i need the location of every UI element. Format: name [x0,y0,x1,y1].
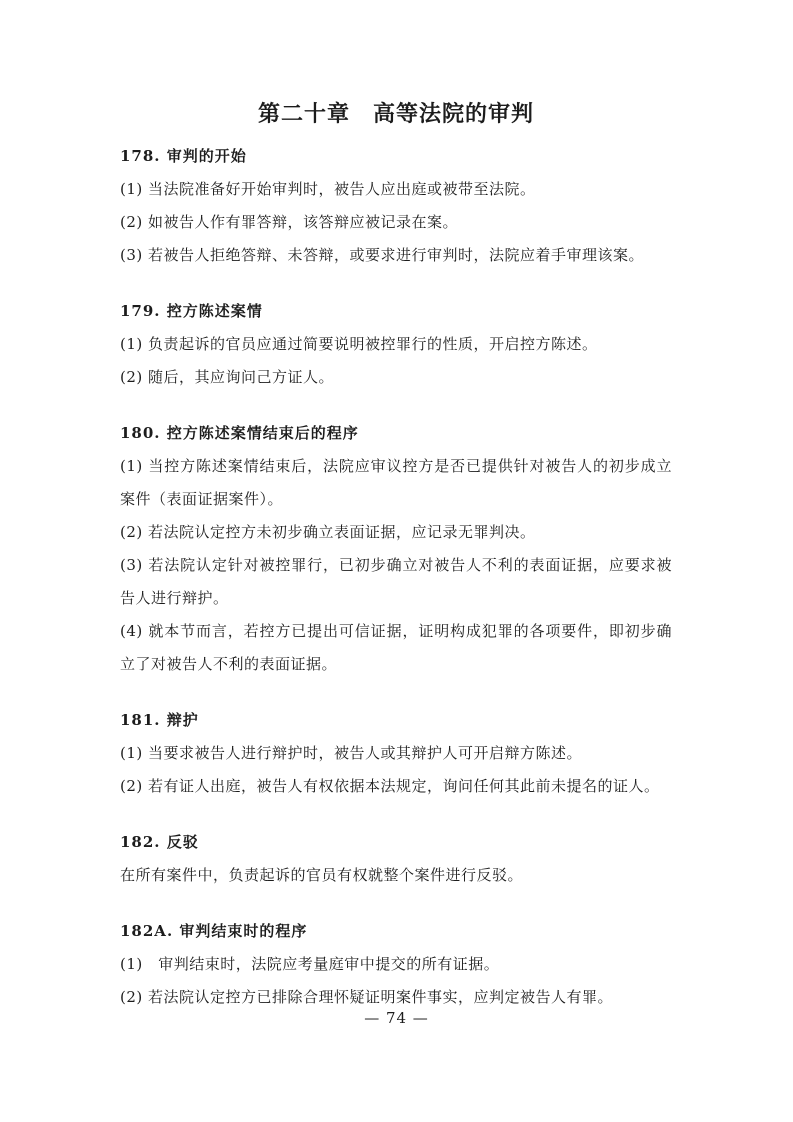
clause-paragraph: (1) 当法院准备好开始审判时，被告人应出庭或被带至法院。 [120,173,672,206]
clause-paragraph: (2) 如被告人作有罪答辩，该答辩应被记录在案。 [120,206,672,239]
clause-paragraph: (1) 当要求被告人进行辩护时，被告人或其辩护人可开启辩方陈述。 [120,737,672,770]
section-178: 178. 审判的开始 (1) 当法院准备好开始审判时，被告人应出庭或被带至法院。… [120,140,672,272]
clause-paragraph: 在所有案件中，负责起诉的官员有权就整个案件进行反驳。 [120,859,672,892]
section-179: 179. 控方陈述案情 (1) 负责起诉的官员应通过简要说明被控罪行的性质，开启… [120,295,672,394]
clause-paragraph: (3) 若法院认定针对被控罪行，已初步确立对被告人不利的表面证据，应要求被告人进… [120,549,672,615]
document-page: 第二十章 高等法院的审判 178. 审判的开始 (1) 当法院准备好开始审判时，… [0,0,793,1122]
clause-paragraph: (1) 负责起诉的官员应通过简要说明被控罪行的性质，开启控方陈述。 [120,328,672,361]
section-182A: 182A. 审判结束时的程序 (1) 审判结束时，法院应考量庭审中提交的所有证据… [120,915,672,1014]
clause-paragraph: (1) 审判结束时，法院应考量庭审中提交的所有证据。 [120,948,672,981]
clause-paragraph: (2) 若有证人出庭，被告人有权依据本法规定，询问任何其此前未提名的证人。 [120,770,672,803]
section-heading: 182. 反驳 [120,826,672,859]
clause-paragraph: (2) 随后，其应询问己方证人。 [120,361,672,394]
clause-paragraph: (2) 若法院认定控方未初步确立表面证据，应记录无罪判决。 [120,516,672,549]
clause-paragraph: (4) 就本节而言，若控方已提出可信证据，证明构成犯罪的各项要件，即初步确立了对… [120,615,672,681]
section-180: 180. 控方陈述案情结束后的程序 (1) 当控方陈述案情结束后，法院应审议控方… [120,417,672,681]
page-number: — 74 — [0,1008,793,1028]
section-heading: 179. 控方陈述案情 [120,295,672,328]
section-heading: 178. 审判的开始 [120,140,672,173]
clause-paragraph: (3) 若被告人拒绝答辩、未答辩，或要求进行审判时，法院应着手审理该案。 [120,239,672,272]
section-181: 181. 辩护 (1) 当要求被告人进行辩护时，被告人或其辩护人可开启辩方陈述。… [120,704,672,803]
chapter-title: 第二十章 高等法院的审判 [120,100,672,128]
section-182: 182. 反驳 在所有案件中，负责起诉的官员有权就整个案件进行反驳。 [120,826,672,892]
section-heading: 181. 辩护 [120,704,672,737]
section-heading: 180. 控方陈述案情结束后的程序 [120,417,672,450]
section-heading: 182A. 审判结束时的程序 [120,915,672,948]
clause-paragraph: (1) 当控方陈述案情结束后，法院应审议控方是否已提供针对被告人的初步成立案件（… [120,450,672,516]
